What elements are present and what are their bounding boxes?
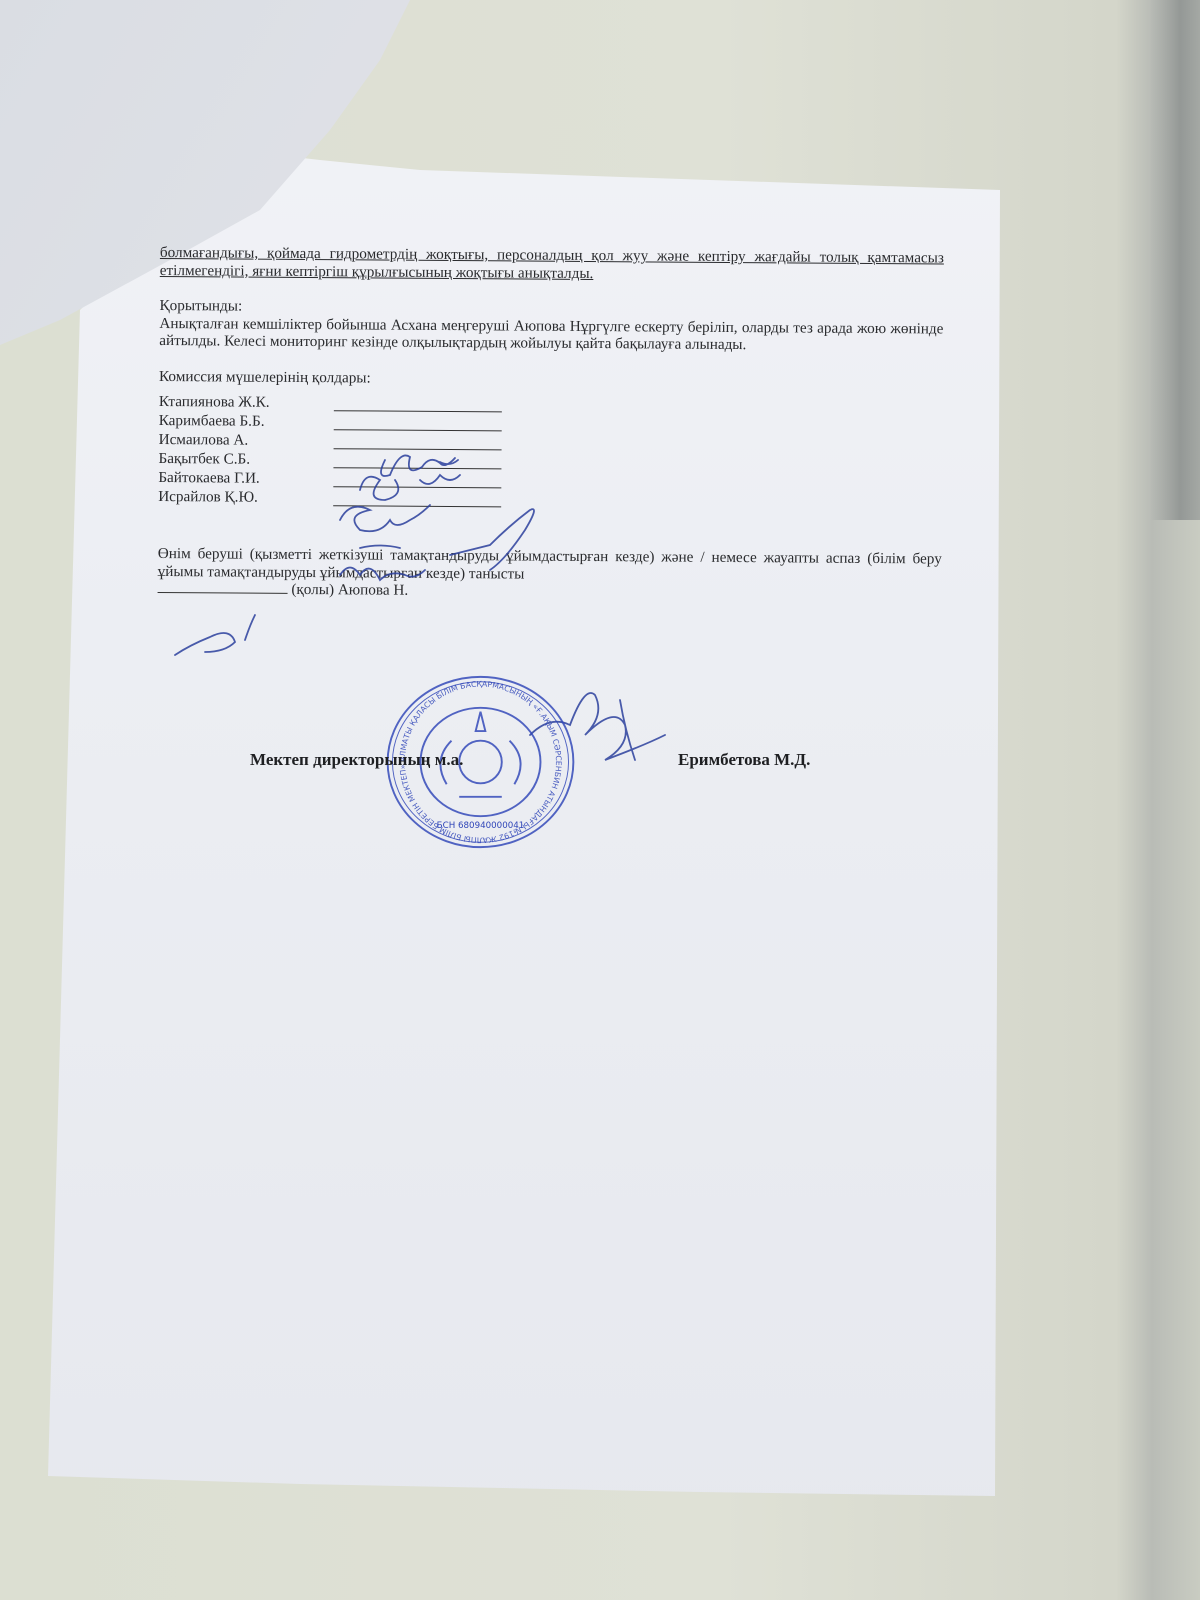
- signature-line: [334, 398, 502, 412]
- member-name: Байтокаева Г.И.: [158, 468, 333, 487]
- acknowledgement-text: Өнім беруші (қызметті жеткізуші тамақтан…: [158, 545, 942, 603]
- acknowledgement-part2: (қолы) Аюпова Н.: [291, 581, 408, 599]
- findings-continuation: болмағандығы, қоймада гидрометрдің жоқты…: [160, 244, 944, 284]
- document-body: болмағандығы, қоймада гидрометрдің жоқты…: [158, 244, 944, 603]
- director-name: Еримбетова М.Д.: [678, 750, 810, 770]
- member-name: Каримбаева Б.Б.: [159, 411, 334, 430]
- acknowledgement-part1: Өнім беруші (қызметті жеткізуші тамақтан…: [158, 545, 942, 582]
- conclusion-text: Анықталған кемшіліктер бойынша Асхана ме…: [159, 314, 943, 354]
- director-title: Мектеп директорының м.а.: [250, 750, 463, 769]
- member-name: Бақытбек С.Б.: [158, 449, 333, 468]
- wall-shadow: [1150, 0, 1200, 520]
- signature-line: [334, 417, 502, 431]
- stamp-bin: БСН 680940000041: [437, 821, 525, 831]
- member-signature-list: Ктапиянова Ж.К. Каримбаева Б.Б. Исмаилов…: [158, 391, 943, 510]
- acknowledgement-signature-line: [158, 592, 288, 594]
- member-name: Исрайлов Қ.Ю.: [158, 487, 333, 506]
- member-name: Ктапиянова Ж.К.: [159, 392, 334, 411]
- signature-line: [333, 455, 501, 469]
- signature-line: [333, 474, 501, 488]
- member-name: Исмаилова А.: [159, 430, 334, 449]
- signature-line: [333, 493, 501, 507]
- director-signature-block: Мектеп директорының м.а. Еримбетова М.Д.: [250, 750, 463, 770]
- signature-line: [334, 436, 502, 450]
